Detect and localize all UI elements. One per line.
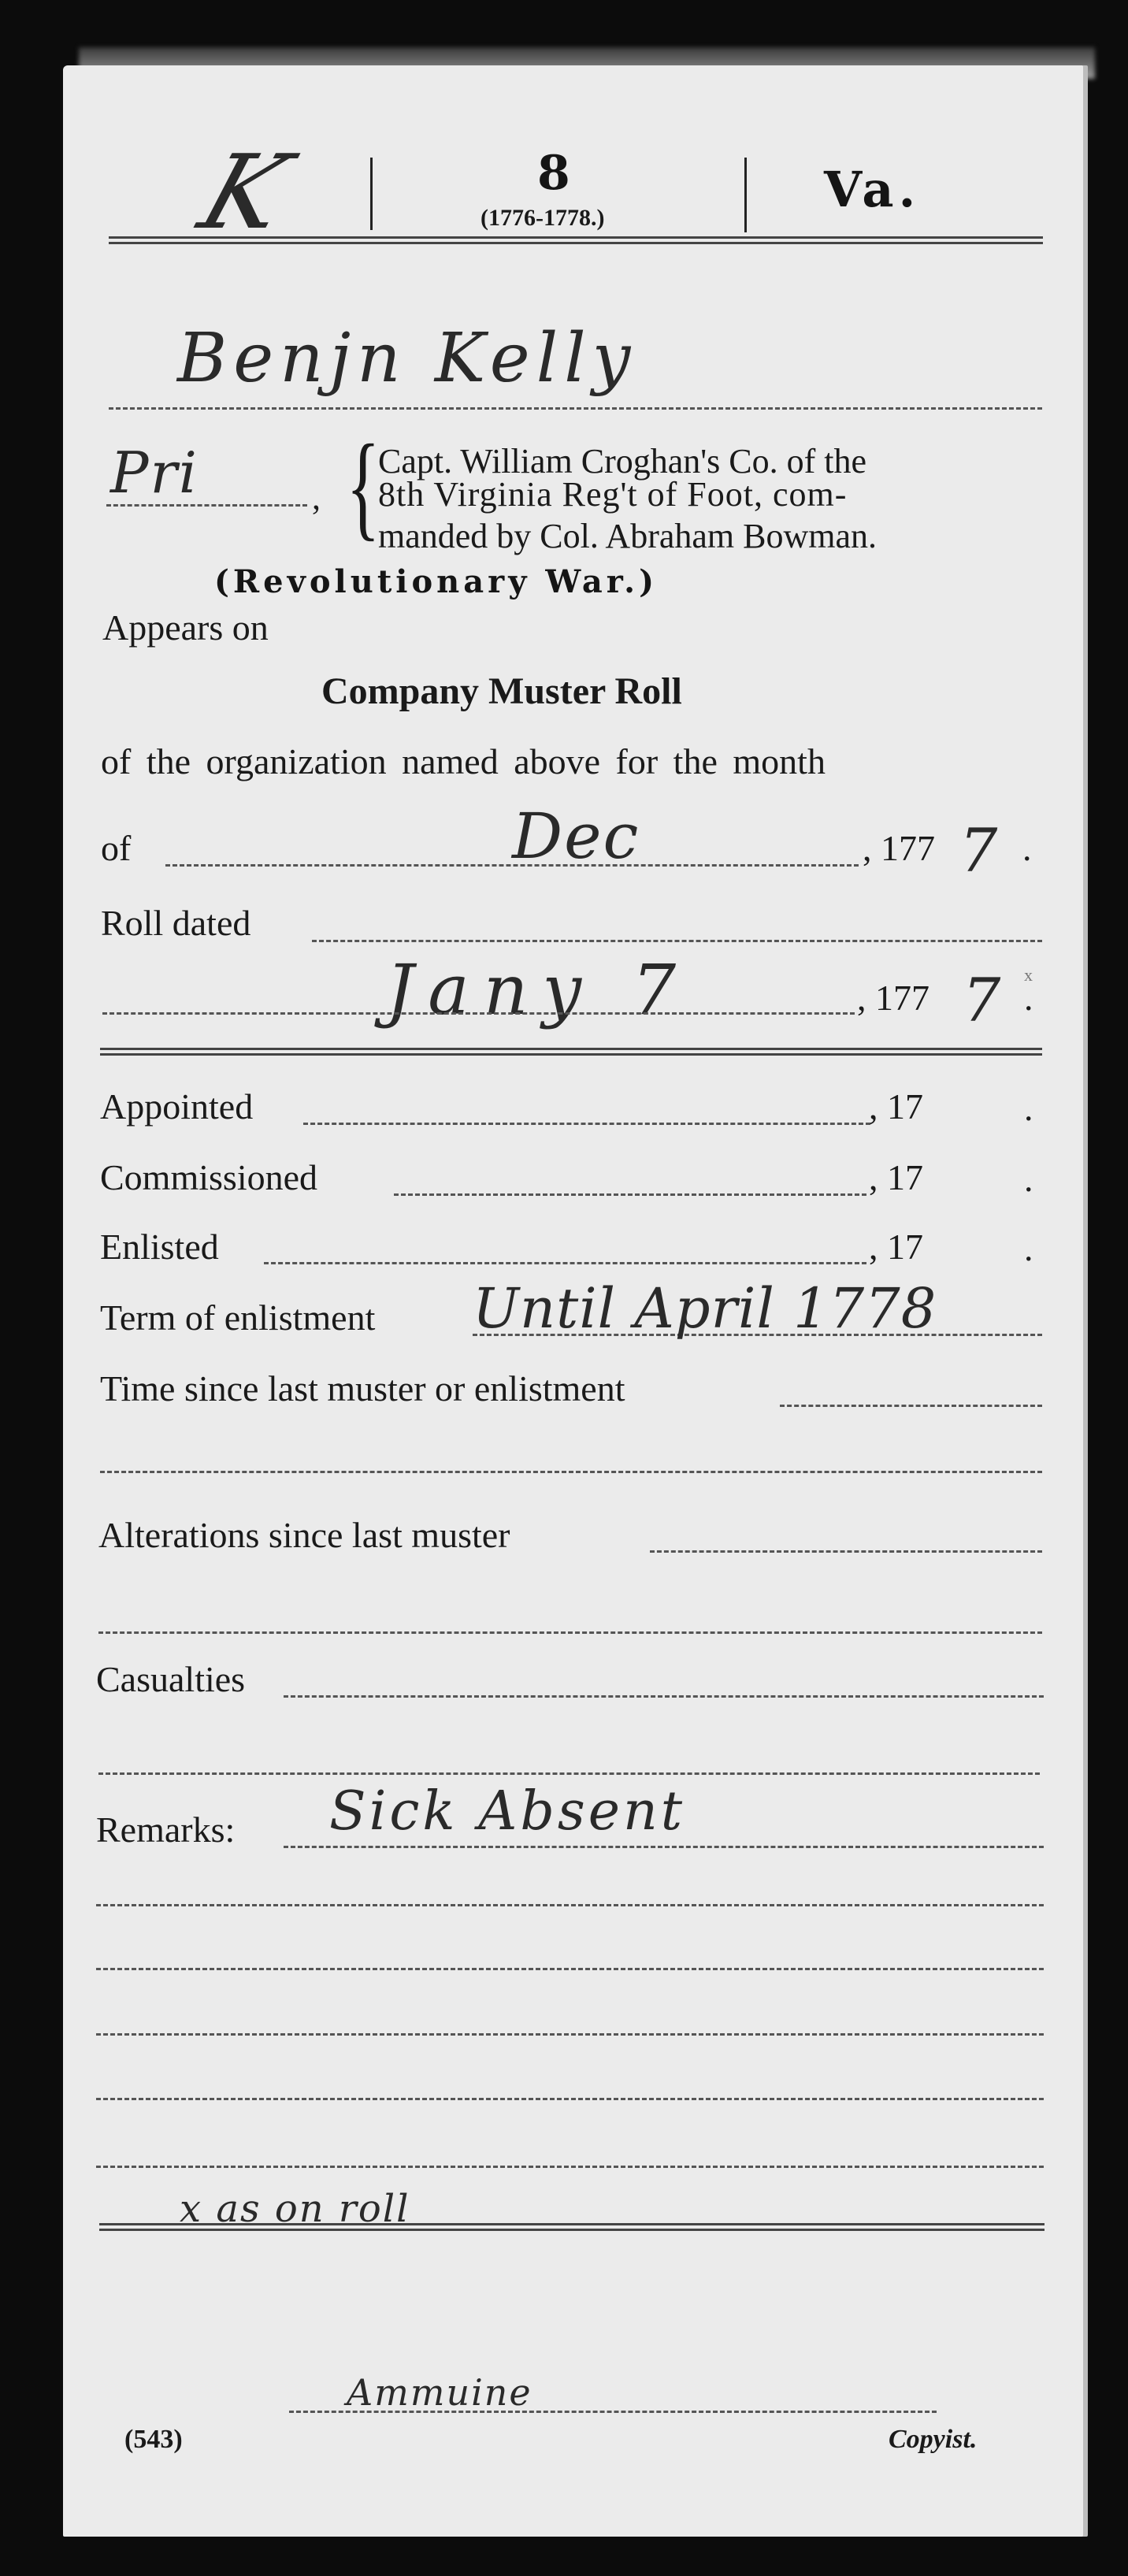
casualties-line	[284, 1695, 1044, 1698]
roll-dated-label: Roll dated	[101, 902, 250, 944]
casualties-line-2	[98, 1772, 1040, 1775]
copyist-signature: Ammuine	[347, 2371, 532, 2414]
month-year-digit: 7	[959, 815, 999, 885]
alterations-line	[650, 1550, 1042, 1553]
remarks-line-4	[96, 2033, 1044, 2036]
month-year: , 177	[863, 827, 935, 869]
roll-dated-value: Jany 7	[386, 949, 690, 1030]
war-label: (Revolutionary War.)	[214, 562, 658, 602]
appears-on-label: Appears on	[102, 607, 269, 648]
term-value: Until April 1778	[473, 1276, 937, 1341]
enlisted-label: Enlisted	[100, 1226, 219, 1268]
unit-line-3: manded by Col. Abraham Bowman.	[378, 516, 877, 557]
form-number: (543)	[124, 2425, 183, 2455]
appointed-period: .	[1024, 1087, 1033, 1129]
remarks-value: Sick Absent	[329, 1780, 685, 1843]
time-since-line-2	[100, 1471, 1042, 1473]
roll-dated-year: , 177	[857, 977, 929, 1019]
commissioned-period: .	[1024, 1158, 1033, 1200]
appointed-label: Appointed	[100, 1086, 253, 1127]
month-period: .	[1022, 827, 1032, 869]
roll-dated-line-2	[102, 1012, 855, 1015]
time-since-line	[780, 1405, 1042, 1407]
rank: Pri	[110, 441, 199, 504]
term-label: Term of enlistment	[100, 1297, 375, 1338]
regiment-years: (1776-1778.)	[481, 206, 604, 230]
unit-brace: {	[346, 411, 380, 561]
header-divider-right	[744, 158, 747, 232]
header-divider-left	[370, 158, 373, 230]
roll-type: Company Muster Roll	[321, 670, 682, 713]
commissioned-line	[394, 1193, 866, 1196]
alterations-line-2	[98, 1631, 1042, 1634]
rank-comma: ,	[312, 477, 321, 518]
regiment-number: 8	[537, 150, 570, 197]
state-abbrev: Va.	[824, 165, 920, 214]
enlisted-line	[264, 1262, 866, 1264]
footer-double-rule	[99, 2223, 1045, 2231]
header-double-rule	[109, 236, 1043, 244]
commissioned-label: Commissioned	[100, 1156, 317, 1198]
enlisted-year: , 17	[869, 1226, 923, 1268]
remarks-line-3	[96, 1968, 1044, 1970]
enlisted-period: .	[1024, 1227, 1033, 1269]
copyist-line	[289, 2411, 937, 2413]
roll-dated-year-digit: 7	[963, 965, 1002, 1035]
month-label: of	[101, 827, 131, 869]
remarks-line-2	[96, 1904, 1044, 1906]
section-double-rule	[100, 1048, 1042, 1056]
soldier-name: Benjn Kelly	[177, 319, 636, 398]
remarks-label: Remarks:	[96, 1809, 235, 1850]
remarks-line-6	[96, 2166, 1044, 2168]
remarks-line-5	[96, 2098, 1044, 2100]
organization-text: of the organization named above for the …	[101, 741, 826, 782]
remarks-line	[284, 1846, 1044, 1848]
month-value: Dec	[512, 800, 640, 873]
roll-dated-period: .	[1024, 977, 1033, 1019]
roll-dated-line-1	[312, 940, 1042, 942]
alterations-label: Alterations since last muster	[98, 1514, 510, 1556]
appointed-year: , 17	[869, 1086, 923, 1127]
unit-line-2: 8th Virginia Reg't of Foot, com-	[378, 474, 847, 515]
time-since-label: Time since last muster or enlistment	[100, 1368, 625, 1409]
commissioned-year: , 17	[869, 1156, 923, 1198]
rank-line	[106, 504, 307, 507]
appointed-line	[303, 1123, 870, 1125]
casualties-label: Casualties	[96, 1658, 245, 1700]
copyist-label: Copyist.	[889, 2425, 977, 2455]
name-line	[109, 407, 1042, 410]
